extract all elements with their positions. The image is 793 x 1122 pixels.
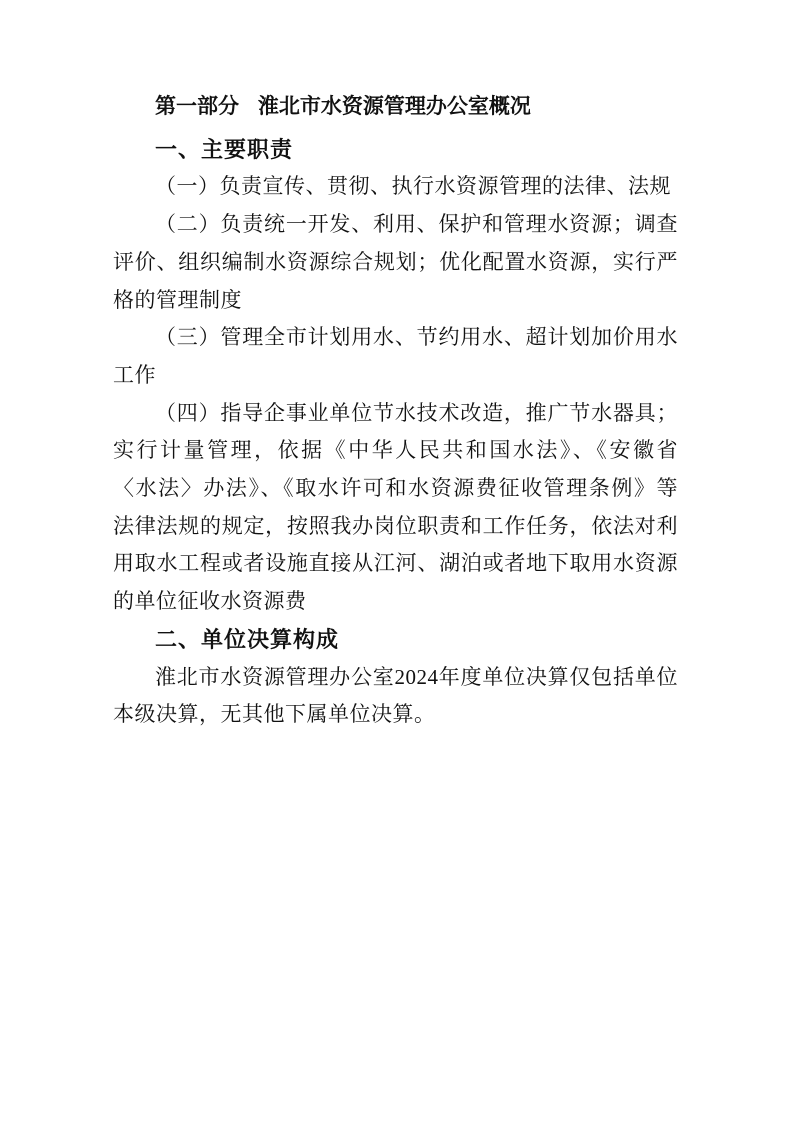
paragraph: （四）指导企事业单位节水技术改造，推广节水器具；实行计量管理，依据《中华人民共和… (113, 395, 678, 621)
paragraph-line: 格的管理制度 (113, 282, 678, 320)
paragraph-line: 淮北市水资源管理办公室2024年度单位决算仅包括单位 (113, 659, 678, 697)
paragraph-line: 法律法规的规定，按照我办岗位职责和工作任务，依法对利 (113, 508, 678, 546)
paragraph: 淮北市水资源管理办公室2024年度单位决算仅包括单位本级决算，无其他下属单位决算… (113, 659, 678, 734)
paragraph: （一）负责宣传、贯彻、执行水资源管理的法律、法规 (113, 168, 678, 206)
paragraph-line: 本级决算，无其他下属单位决算。 (113, 696, 678, 734)
paragraph-line: 实行计量管理，依据《中华人民共和国水法》、《安徽省 (113, 432, 678, 470)
document-page: 第一部分 淮北市水资源管理办公室概况 一、主要职责（一）负责宣传、贯彻、执行水资… (0, 0, 793, 1122)
paragraph: （三）管理全市计划用水、节约用水、超计划加价用水工作 (113, 319, 678, 394)
paragraph-line: 评价、组织编制水资源综合规划；优化配置水资源，实行严 (113, 244, 678, 282)
paragraph-line: （一）负责宣传、贯彻、执行水资源管理的法律、法规 (113, 168, 678, 206)
section-heading: 一、主要职责 (113, 131, 678, 169)
section-heading: 二、单位决算构成 (113, 621, 678, 659)
document-body: 一、主要职责（一）负责宣传、贯彻、执行水资源管理的法律、法规（二）负责统一开发、… (113, 131, 678, 734)
document-title: 第一部分 淮北市水资源管理办公室概况 (113, 88, 678, 126)
paragraph-line: 的单位征收水资源费 (113, 583, 678, 621)
paragraph-line: （四）指导企事业单位节水技术改造，推广节水器具； (113, 395, 678, 433)
paragraph-line: 用取水工程或者设施直接从江河、湖泊或者地下取用水资源 (113, 545, 678, 583)
paragraph-line: （三）管理全市计划用水、节约用水、超计划加价用水 (113, 319, 678, 357)
paragraph-line: 工作 (113, 357, 678, 395)
paragraph-line: 〈水法〉办法》、《取水许可和水资源费征收管理条例》等 (113, 470, 678, 508)
paragraph: （二）负责统一开发、利用、保护和管理水资源；调查评价、组织编制水资源综合规划；优… (113, 206, 678, 319)
paragraph-line: （二）负责统一开发、利用、保护和管理水资源；调查 (113, 206, 678, 244)
